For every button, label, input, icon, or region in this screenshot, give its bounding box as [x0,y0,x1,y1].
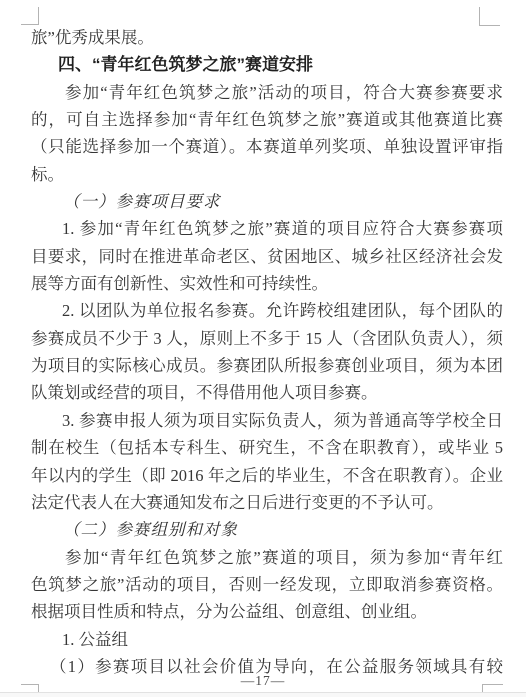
section-heading: 四、“青年红色筑梦之旅”赛道安排 [31,51,503,78]
text-line: 标。 [31,161,503,188]
text-line: 为项目的实际核心成员。参赛团队所报参赛创业项目，须为本团 [31,352,503,379]
text-line: 展等方面有创新性、实效性和可持续性。 [31,270,503,297]
text-line: 根据项目性质和特点，分为公益组、创意组、创业组。 [31,598,503,625]
text-line: 1. 参加“青年红色筑梦之旅”赛道的项目应符合大赛参赛项 [31,215,503,242]
text-line: 旅”优秀成果展。 [31,24,503,51]
sub-heading: （一）参赛项目要求 [31,188,503,215]
text-line: 队策划或经营的项目，不得借用他人项目参赛。 [31,379,503,406]
text-line: 1. 公益组 [31,626,503,653]
text-line: （只能选择参加一个赛道）。本赛道单列奖项、单独设置评审指 [31,133,503,160]
text-line: 的，可自主选择参加“青年红色筑梦之旅”赛道或其他赛道比赛 [31,106,503,133]
text-line: 2. 以团队为单位报名参赛。允许跨校组建团队，每个团队的 [31,297,503,324]
text-line: 参加“青年红色筑梦之旅”赛道的项目，须为参加“青年红 [31,544,503,571]
text-line: 参赛成员不少于 3 人，原则上不多于 15 人（含团队负责人），须 [31,325,503,352]
text-line: 法定代表人在大赛通知发布之日后进行变更的不予认可。 [31,489,503,516]
text-line: 参加“青年红色筑梦之旅”活动的项目，符合大赛参赛要求 [31,79,503,106]
page-bottom-edge [0,692,526,697]
page-number: —17— [0,673,526,689]
text-line: 目要求，同时在推进革命老区、贫困地区、城乡社区经济社会发 [31,243,503,270]
text-line: 色筑梦之旅”活动的项目，否则一经发现，立即取消参赛资格。 [31,571,503,598]
text-boundary-mark-top-left [21,7,39,25]
sub-heading: （二）参赛组别和对象 [31,516,503,543]
text-line: 年以内的学生（即 2016 年之后的毕业生，不含在职教育）。企业 [31,462,503,489]
text-line: 制在校生（包括本专科生、研究生，不含在职教育），或毕业 5 [31,434,503,461]
document-page: 旅”优秀成果展。四、“青年红色筑梦之旅”赛道安排参加“青年红色筑梦之旅”活动的项… [0,0,526,697]
text-block: 旅”优秀成果展。四、“青年红色筑梦之旅”赛道安排参加“青年红色筑梦之旅”活动的项… [31,24,503,680]
text-line: 3. 参赛申报人须为项目实际负责人，须为普通高等学校全日 [31,407,503,434]
